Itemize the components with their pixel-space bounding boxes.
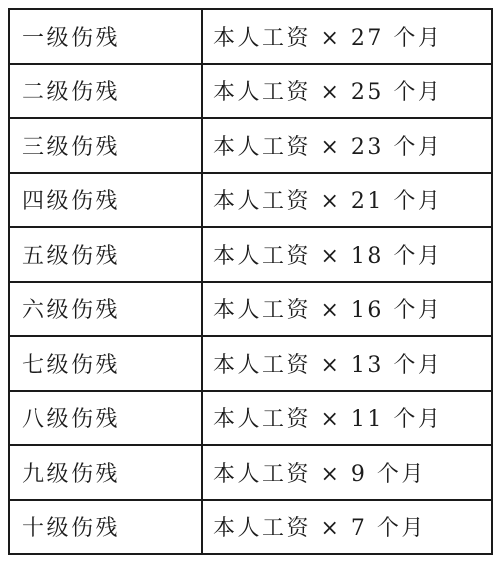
compensation-cell: 本人工资 × 13 个月 [202, 336, 492, 391]
compensation-cell: 本人工资 × 16 个月 [202, 282, 492, 337]
compensation-cell: 本人工资 × 21 个月 [202, 173, 492, 228]
disability-level-cell: 七级伤残 [9, 336, 202, 391]
disability-level-cell: 二级伤残 [9, 64, 202, 119]
disability-level-cell: 四级伤残 [9, 173, 202, 228]
table-row: 十级伤残本人工资 × 7 个月 [9, 500, 492, 555]
compensation-cell: 本人工资 × 25 个月 [202, 64, 492, 119]
disability-level-cell: 三级伤残 [9, 118, 202, 173]
compensation-cell: 本人工资 × 23 个月 [202, 118, 492, 173]
disability-level-cell: 九级伤残 [9, 445, 202, 500]
compensation-cell: 本人工资 × 27 个月 [202, 9, 492, 64]
compensation-cell: 本人工资 × 18 个月 [202, 227, 492, 282]
disability-level-cell: 八级伤残 [9, 391, 202, 446]
table-row: 四级伤残本人工资 × 21 个月 [9, 173, 492, 228]
compensation-table-container: 一级伤残本人工资 × 27 个月二级伤残本人工资 × 25 个月三级伤残本人工资… [8, 8, 493, 555]
table-row: 一级伤残本人工资 × 27 个月 [9, 9, 492, 64]
disability-level-cell: 一级伤残 [9, 9, 202, 64]
table-row: 三级伤残本人工资 × 23 个月 [9, 118, 492, 173]
table-row: 五级伤残本人工资 × 18 个月 [9, 227, 492, 282]
compensation-cell: 本人工资 × 11 个月 [202, 391, 492, 446]
compensation-cell: 本人工资 × 9 个月 [202, 445, 492, 500]
disability-compensation-table: 一级伤残本人工资 × 27 个月二级伤残本人工资 × 25 个月三级伤残本人工资… [8, 8, 493, 555]
compensation-cell: 本人工资 × 7 个月 [202, 500, 492, 555]
table-body: 一级伤残本人工资 × 27 个月二级伤残本人工资 × 25 个月三级伤残本人工资… [9, 9, 492, 554]
table-row: 六级伤残本人工资 × 16 个月 [9, 282, 492, 337]
table-row: 八级伤残本人工资 × 11 个月 [9, 391, 492, 446]
table-row: 七级伤残本人工资 × 13 个月 [9, 336, 492, 391]
disability-level-cell: 六级伤残 [9, 282, 202, 337]
table-row: 二级伤残本人工资 × 25 个月 [9, 64, 492, 119]
disability-level-cell: 十级伤残 [9, 500, 202, 555]
disability-level-cell: 五级伤残 [9, 227, 202, 282]
table-row: 九级伤残本人工资 × 9 个月 [9, 445, 492, 500]
